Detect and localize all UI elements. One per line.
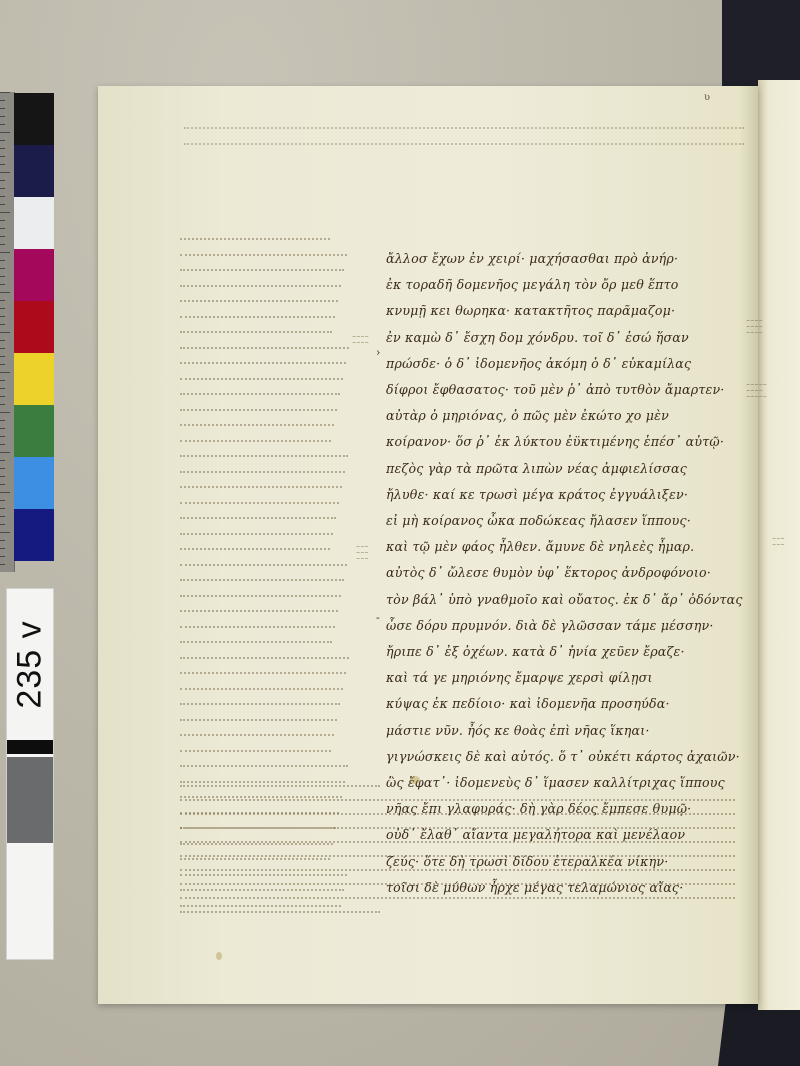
- commentary-line: [180, 438, 331, 442]
- ruler-tick: [0, 284, 5, 285]
- ruler-tick: [0, 292, 10, 293]
- color-patch-magenta: [14, 249, 54, 301]
- commentary-line: [180, 825, 735, 829]
- text-line: καὶ τῷ μὲν φάος ἦλθεν. ἄμυνε δὲ νηλεὲς ἦ…: [386, 534, 746, 560]
- top-commentary: [184, 126, 744, 158]
- ruler-tick: [0, 532, 10, 533]
- line-marker: ›: [376, 346, 380, 359]
- ruler-tick: [0, 324, 5, 325]
- commentary-line: [180, 670, 346, 674]
- ruler-tick: [0, 252, 10, 253]
- ruler-tick: [0, 556, 5, 557]
- commentary-line: [184, 142, 744, 145]
- ruler-tick: [0, 156, 5, 157]
- left-marginal-gloss: ~~~~~~~~: [352, 334, 369, 346]
- ruler-tick: [0, 508, 5, 509]
- text-line: κνυμῇ κει θωρηκα· κατακτῆτος παρᾶμαζομ·: [386, 298, 746, 324]
- ruler-tick: [0, 276, 5, 277]
- ruler-tick: [0, 140, 5, 141]
- commentary-line: [180, 895, 735, 899]
- measuring-ruler: [0, 92, 15, 572]
- commentary-line: [180, 655, 349, 659]
- text-line: ὦσε δόρυ πρυμνόν. διὰ δὲ γλῶσσαν τάμε μέ…: [386, 613, 746, 639]
- ruler-tick: [0, 108, 5, 109]
- ruler-tick: [0, 348, 5, 349]
- ruler-tick: [0, 132, 10, 133]
- commentary-line: [180, 867, 735, 871]
- ruler-tick: [0, 452, 10, 453]
- folio-label: 235 v: [7, 589, 53, 739]
- left-marginal-gloss-2: ~~~~~~~~~: [356, 544, 369, 562]
- commentary-line: [180, 748, 331, 752]
- commentary-line: [180, 500, 339, 504]
- text-line: τὸν βάλ᾽ ὑπὸ γναθμοῖο καὶ οὔατος. ἐκ δ᾽ …: [386, 587, 746, 613]
- commentary-line: [180, 531, 333, 535]
- text-line: πεζὸς γὰρ τὰ πρῶτα λιπὼν νέας ἀμφιελίσσα…: [386, 456, 746, 482]
- commentary-line: [180, 797, 735, 801]
- commentary-line: [180, 624, 335, 628]
- ruler-tick: [0, 148, 5, 149]
- commentary-line: [180, 298, 338, 302]
- commentary-line: [180, 252, 347, 256]
- commentary-line: [180, 593, 341, 597]
- commentary-line: [180, 701, 340, 705]
- text-line: ἤριπε δ᾽ ἐξ ὀχέων. κατὰ δ᾽ ἡνία χεῦεν ἔρ…: [386, 639, 746, 665]
- ruler-tick: [0, 164, 5, 165]
- ruler-tick: [0, 492, 10, 493]
- commentary-line: [184, 126, 744, 129]
- text-line: δίφροι ἔφθασατος· τοῦ μὲν ῥ᾽ ἀπὸ τυτθὸν …: [386, 377, 746, 403]
- stain: [410, 776, 420, 784]
- ruler-tick: [0, 396, 5, 397]
- ruler-tick: [0, 356, 5, 357]
- manuscript-page: ʋ ~~~~~~~~ ~~~~~~~~~ ~~~~~~~~~~~~ ~~~~~~…: [98, 86, 758, 1004]
- line-marker: -: [376, 611, 380, 624]
- commentary-line: [180, 236, 330, 240]
- commentary-line: [180, 360, 346, 364]
- ruler-tick: [0, 412, 10, 413]
- commentary-line: [180, 608, 338, 612]
- ruler-tick: [0, 220, 5, 221]
- ruler-tick: [0, 564, 5, 565]
- ruler-tick: [0, 316, 5, 317]
- ruler-tick: [0, 124, 5, 125]
- ruler-tick: [0, 92, 10, 93]
- commentary-line: [180, 732, 334, 736]
- ruler-tick: [0, 268, 5, 269]
- ruler-tick: [0, 436, 5, 437]
- commentary-line: [180, 839, 735, 843]
- ruler-tick: [0, 468, 5, 469]
- stain: [216, 952, 222, 960]
- ruler-tick: [0, 516, 5, 517]
- ruler-tick: [0, 524, 5, 525]
- commentary-line: [180, 314, 335, 318]
- ruler-tick: [0, 116, 5, 117]
- facing-page-edge: ~~~~~~: [758, 80, 800, 1010]
- commentary-line: [180, 909, 380, 913]
- ruler-tick: [0, 420, 5, 421]
- folio-corner-mark: ʋ: [704, 92, 710, 103]
- commentary-line: [180, 779, 345, 783]
- commentary-line: [180, 345, 349, 349]
- ruler-tick: [0, 244, 5, 245]
- color-patch-navy: [14, 145, 54, 197]
- text-line: μάστιε νῦν. ἦός κε θοὰς ἐπὶ νῆας ἵκηαι·: [386, 718, 746, 744]
- text-line: ἄλλοσ ἔχων ἐν χειρί· μαχήσασθαι πρὸ ἀνήρ…: [386, 246, 746, 272]
- ruler-tick: [0, 196, 5, 197]
- ruler-tick: [0, 260, 5, 261]
- commentary-line: [180, 853, 735, 857]
- ruler-tick: [0, 236, 5, 237]
- color-checker-strip: [14, 93, 54, 561]
- commentary-line: [180, 881, 735, 885]
- ruler-tick: [0, 484, 5, 485]
- color-patch-green: [14, 405, 54, 457]
- text-line: καὶ τά γε μηριόνης ἔμαρψε χερσὶ φίλῃσι: [386, 665, 746, 691]
- text-line: πρώσδε· ὁ δ᾽ ἰδομενῆος ἀκόμη ὁ δ᾽ εὐκαμί…: [386, 351, 746, 377]
- text-line: κοίρανον· ὅσ ῥ᾽ ἐκ λύκτου ἐϋκτιμένης ἑπέ…: [386, 429, 746, 455]
- bottom-commentary-block: [180, 783, 740, 923]
- commentary-line: [180, 391, 340, 395]
- commentary-line: [180, 717, 337, 721]
- text-line: ἐκ τοραδῆ δομενῆος μεγάλη τὸν ὄρ μεθ ἕπτ…: [386, 272, 746, 298]
- ruler-tick: [0, 388, 5, 389]
- commentary-line: [180, 376, 343, 380]
- commentary-line: [180, 484, 342, 488]
- color-patch-cyan: [14, 457, 54, 509]
- ruler-tick: [0, 180, 5, 181]
- color-patch-red: [14, 301, 54, 353]
- folio-number: 235 v: [11, 620, 50, 708]
- ruler-tick: [0, 212, 10, 213]
- text-line: ἐν καμὼ δ᾽ ἔσχη δομ χόνδρυ. τοῖ δ᾽ ἐσώ ἥ…: [386, 325, 746, 351]
- commentary-line: [180, 267, 344, 271]
- color-patch-yellow: [14, 353, 54, 405]
- commentary-line: [180, 562, 347, 566]
- ruler-tick: [0, 188, 5, 189]
- text-line: εἰ μὴ κοίρανος ὦκα ποδώκεας ἤλασεν ἵππου…: [386, 508, 746, 534]
- commentary-line: [180, 515, 336, 519]
- ruler-tick: [0, 300, 5, 301]
- commentary-line: [180, 577, 344, 581]
- ruler-tick: [0, 540, 5, 541]
- ruler-tick: [0, 460, 5, 461]
- ruler-tick: [0, 548, 5, 549]
- text-line: αὐτὸς δ᾽ ὤλεσε θυμὸν ὑφ᾽ ἕκτορος ἀνδροφό…: [386, 560, 746, 586]
- commentary-line: [180, 329, 332, 333]
- ruler-tick: [0, 364, 5, 365]
- ruler-tick: [0, 172, 10, 173]
- commentary-line: [180, 453, 348, 457]
- label-grey-patch: [7, 757, 53, 843]
- text-line: κύψας ἐκ πεδίοιο· καὶ ἰδομενῆα προσηύδα·: [386, 691, 746, 717]
- ruler-tick: [0, 332, 10, 333]
- commentary-line: [180, 763, 348, 767]
- facing-page-gloss: ~~~~~~: [772, 536, 785, 548]
- ruler-tick: [0, 228, 5, 229]
- text-line: γιγνώσκεις δὲ καὶ αὐτός. ὅ τ᾽ οὐκέτι κάρ…: [386, 744, 746, 770]
- ruler-tick: [0, 204, 5, 205]
- ruler-tick: [0, 444, 5, 445]
- folio-label-card: 235 v: [6, 588, 54, 960]
- commentary-line: [180, 283, 341, 287]
- commentary-line: [180, 546, 330, 550]
- commentary-line: [180, 469, 345, 473]
- ruler-tick: [0, 308, 5, 309]
- ruler-tick: [0, 500, 5, 501]
- ruler-tick: [0, 476, 5, 477]
- ruler-tick: [0, 428, 5, 429]
- commentary-line: [180, 639, 332, 643]
- text-line: αὐτὰρ ὁ μηριόνας, ὁ πῶς μὲν ἐκώτο χο μὲν: [386, 403, 746, 429]
- color-patch-black: [14, 93, 54, 145]
- ruler-tick: [0, 380, 5, 381]
- commentary-line: [180, 783, 380, 787]
- commentary-line: [180, 811, 735, 815]
- dark-cloth-top: [722, 0, 800, 88]
- gutter-shadow: [740, 86, 758, 1004]
- text-line: ἤλυθε· καί κε τρωσὶ μέγα κράτος ἐγγυάλιξ…: [386, 482, 746, 508]
- ruler-tick: [0, 404, 5, 405]
- ruler-tick: [0, 340, 5, 341]
- color-patch-white: [14, 197, 54, 249]
- label-black-bar: [7, 740, 53, 754]
- color-patch-blue: [14, 509, 54, 561]
- ruler-tick: [0, 100, 5, 101]
- commentary-line: [180, 686, 343, 690]
- ruler-tick: [0, 372, 10, 373]
- commentary-line: [180, 422, 334, 426]
- commentary-line: [180, 407, 337, 411]
